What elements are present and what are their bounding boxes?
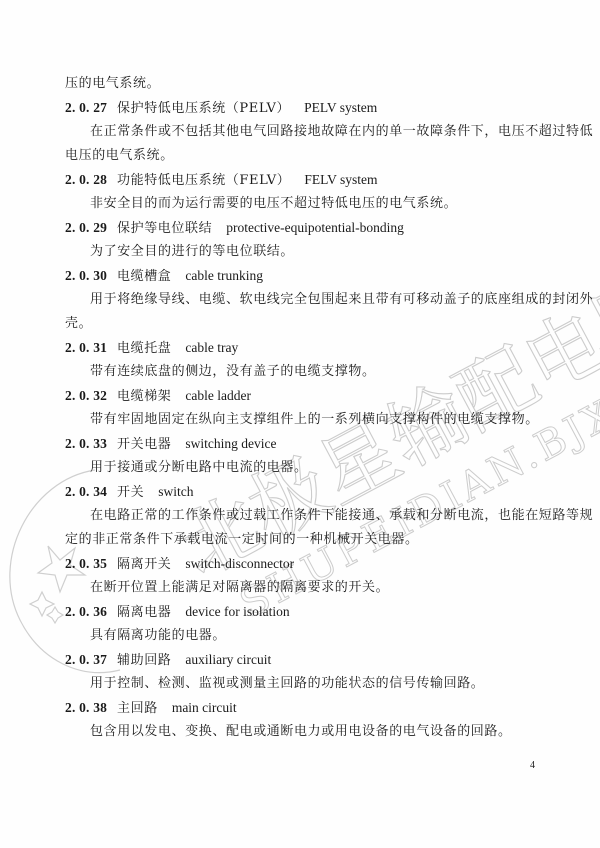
term-en: main circuit <box>172 700 237 715</box>
term-en: protective-equipotential-bonding <box>226 220 404 235</box>
definition-line: 电压的电气系统。 <box>65 144 538 168</box>
term-number: 2. 0. 29 <box>65 216 117 240</box>
term-heading: 2. 0. 29保护等电位联结protective-equipotential-… <box>65 216 538 240</box>
term-number: 2. 0. 33 <box>65 432 117 456</box>
term-zh: 电缆托盘 <box>117 341 171 356</box>
term-number: 2. 0. 30 <box>65 264 117 288</box>
term-heading: 2. 0. 28功能特低电压系统（FELV）FELV system <box>65 168 538 192</box>
term-heading: 2. 0. 36隔离电器device for isolation <box>65 600 538 624</box>
definition-line: 壳。 <box>65 312 538 336</box>
term-number: 2. 0. 28 <box>65 168 117 192</box>
continuation-text: 压的电气系统。 <box>65 72 538 96</box>
definition-line: 用于控制、检测、监视或测量主回路的功能状态的信号传输回路。 <box>65 672 538 696</box>
term-heading: 2. 0. 30电缆槽盒cable trunking <box>65 264 538 288</box>
definition-line: 用于将绝缘导线、电缆、软电线完全包围起来且带有可移动盖子的底座组成的封闭外 <box>65 288 538 312</box>
definition-line: 在断开位置上能满足对隔离器的隔离要求的开关。 <box>65 576 538 600</box>
term-en: auxiliary circuit <box>185 652 271 667</box>
term-en: switch <box>158 484 193 499</box>
term-zh: 功能特低电压系统（FELV） <box>117 173 290 188</box>
term-zh: 开关 <box>117 485 144 500</box>
term-zh: 主回路 <box>117 701 158 716</box>
term-en: FELV system <box>304 172 377 187</box>
definition-line: 在电路正常的工作条件或过载工作条件下能接通、承载和分断电流，也能在短路等规 <box>65 504 538 528</box>
term-en: cable ladder <box>185 388 251 403</box>
definition-line: 用于接通或分断电路中电流的电器。 <box>65 456 538 480</box>
term-en: switching device <box>185 436 276 451</box>
term-number: 2. 0. 32 <box>65 384 117 408</box>
term-zh: 电缆梯架 <box>117 389 171 404</box>
term-en: device for isolation <box>185 604 289 619</box>
term-zh: 辅助回路 <box>117 653 171 668</box>
term-en: cable tray <box>185 340 238 355</box>
term-number: 2. 0. 37 <box>65 648 117 672</box>
term-heading: 2. 0. 38主回路main circuit <box>65 696 538 720</box>
term-heading: 2. 0. 27保护特低电压系统（PELV）PELV system <box>65 96 538 120</box>
document-body: 压的电气系统。 2. 0. 27保护特低电压系统（PELV）PELV syste… <box>65 72 538 744</box>
term-number: 2. 0. 31 <box>65 336 117 360</box>
definition-line: 包含用以发电、变换、配电或通断电力或用电设备的电气设备的回路。 <box>65 720 538 744</box>
term-zh: 隔离开关 <box>117 557 171 572</box>
term-number: 2. 0. 38 <box>65 696 117 720</box>
term-heading: 2. 0. 37辅助回路auxiliary circuit <box>65 648 538 672</box>
term-zh: 保护等电位联结 <box>117 221 212 236</box>
definition-line: 在正常条件或不包括其他电气回路接地故障在内的单一故障条件下，电压不超过特低 <box>65 120 538 144</box>
definition-line: 非安全目的而为运行需要的电压不超过特低电压的电气系统。 <box>65 192 538 216</box>
term-number: 2. 0. 27 <box>65 96 117 120</box>
definition-line: 为了安全目的进行的等电位联结。 <box>65 240 538 264</box>
document-page: 北极星输配电网 SHUPEIDIAN.BJX.COM.CN 压的电气系统。 2.… <box>0 0 600 848</box>
definition-line: 具有隔离功能的电器。 <box>65 624 538 648</box>
term-number: 2. 0. 36 <box>65 600 117 624</box>
term-zh: 保护特低电压系统（PELV） <box>117 101 290 116</box>
term-heading: 2. 0. 31电缆托盘cable tray <box>65 336 538 360</box>
term-heading: 2. 0. 32电缆梯架cable ladder <box>65 384 538 408</box>
term-heading: 2. 0. 33开关电器switching device <box>65 432 538 456</box>
definition-line: 带有连续底盘的侧边，没有盖子的电缆支撑物。 <box>65 360 538 384</box>
page-number: 4 <box>530 760 535 771</box>
term-zh: 开关电器 <box>117 437 171 452</box>
term-heading: 2. 0. 35隔离开关switch-disconnector <box>65 552 538 576</box>
definition-line: 定的非正常条件下承载电流一定时间的一种机械开关电器。 <box>65 528 538 552</box>
term-number: 2. 0. 34 <box>65 480 117 504</box>
term-heading: 2. 0. 34开关switch <box>65 480 538 504</box>
term-zh: 电缆槽盒 <box>117 269 171 284</box>
term-zh: 隔离电器 <box>117 605 171 620</box>
term-en: PELV system <box>304 100 377 115</box>
definition-line: 带有牢固地固定在纵向主支撑组件上的一系列横向支撑构件的电缆支撑物。 <box>65 408 538 432</box>
term-en: cable trunking <box>185 268 263 283</box>
term-number: 2. 0. 35 <box>65 552 117 576</box>
term-en: switch-disconnector <box>185 556 294 571</box>
